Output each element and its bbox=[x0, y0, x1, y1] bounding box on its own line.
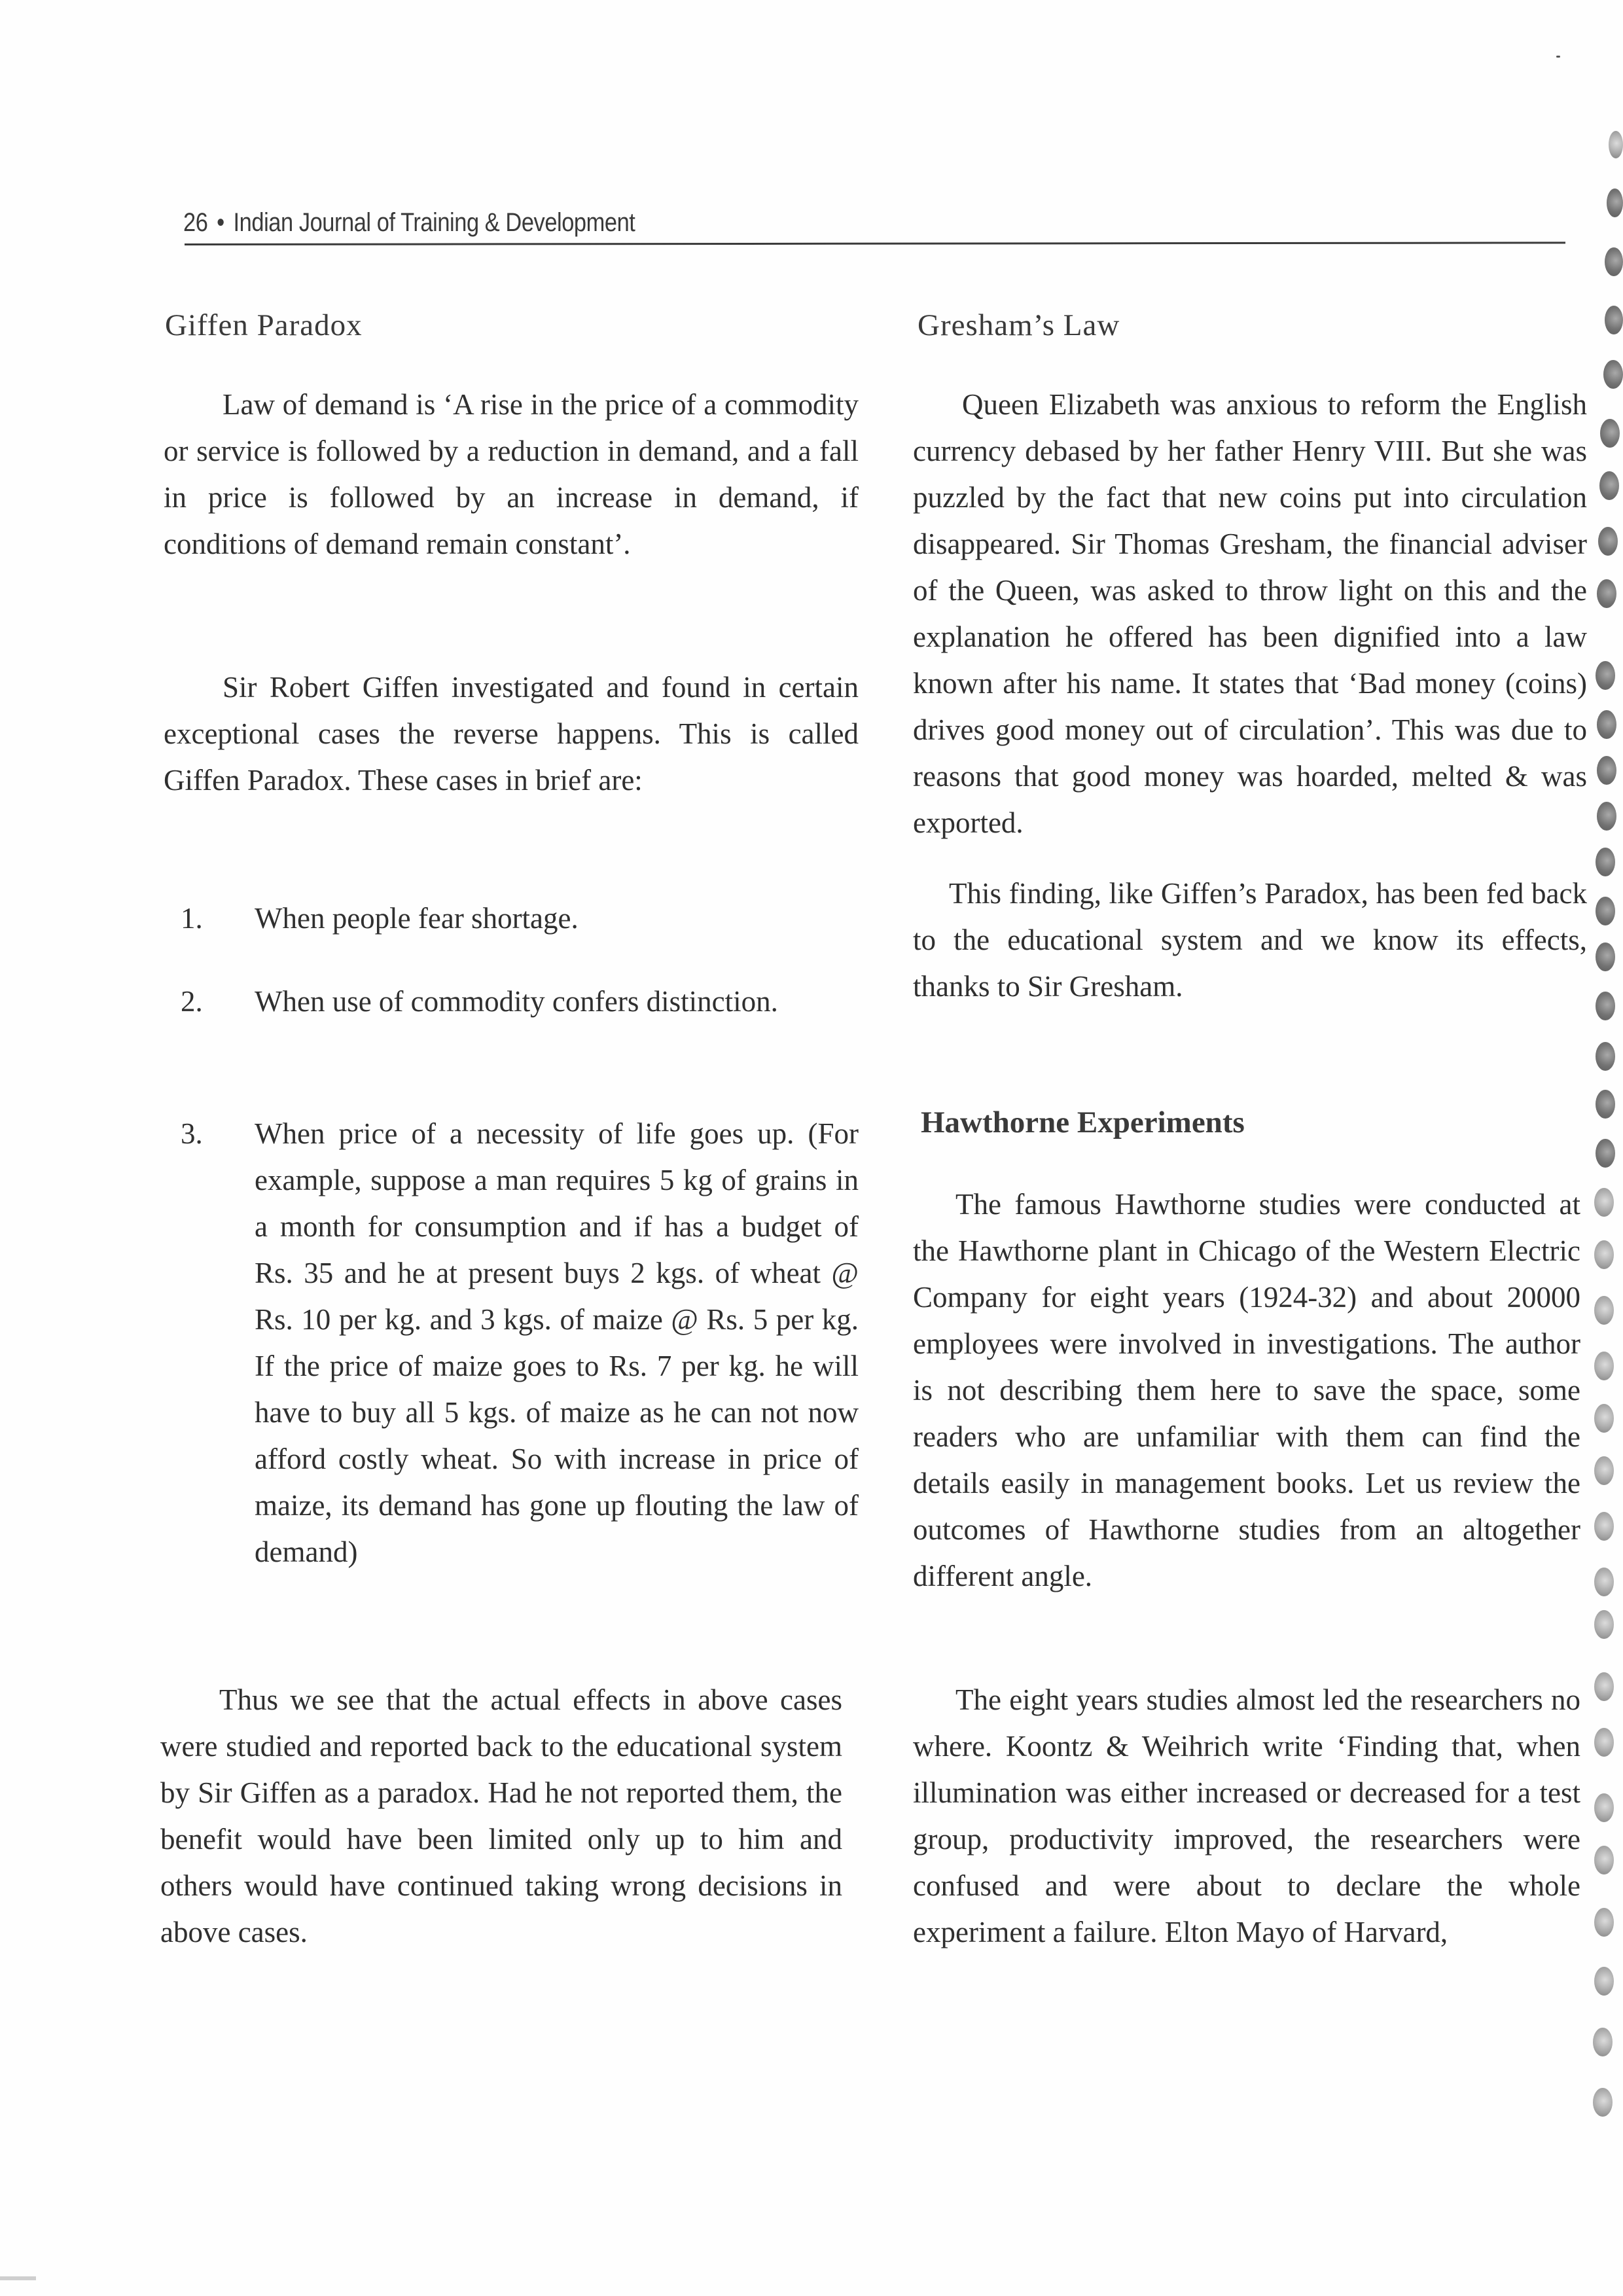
punch-hole-mark bbox=[1596, 848, 1615, 876]
punch-hole-mark bbox=[1597, 579, 1616, 608]
punch-hole-mark bbox=[1597, 802, 1616, 831]
list-text: When use of commodity confers distinctio… bbox=[255, 978, 859, 1025]
punch-hole-mark bbox=[1605, 247, 1623, 276]
paragraph-hawthorne-intro: The famous Hawthorne studies were conduc… bbox=[913, 1181, 1580, 1600]
scanned-page: 26•Indian Journal of Training & Developm… bbox=[0, 0, 1623, 2296]
punch-hole-mark bbox=[1594, 1610, 1614, 1639]
punch-hole-mark bbox=[1596, 897, 1615, 925]
punch-hole-mark bbox=[1597, 756, 1616, 785]
left-column: Giffen Paradox Law of demand is ‘A rise … bbox=[164, 0, 857, 2296]
punch-hole-mark bbox=[1594, 1240, 1614, 1269]
punch-hole-mark bbox=[1600, 419, 1620, 448]
punch-hole-mark bbox=[1594, 1512, 1614, 1541]
punch-hole-mark bbox=[1596, 992, 1615, 1020]
punch-hole-mark bbox=[1596, 661, 1615, 690]
punch-hole-mark bbox=[1594, 1352, 1614, 1380]
punch-hole-mark bbox=[1609, 131, 1623, 158]
paragraph-gresham-law: Queen Elizabeth was anxious to reform th… bbox=[913, 382, 1587, 846]
paragraph-hawthorne-outcomes: The eight years studies almost led the r… bbox=[913, 1677, 1580, 1956]
punch-hole-mark bbox=[1596, 1042, 1615, 1071]
punch-hole-mark bbox=[1594, 1404, 1614, 1433]
punch-hole-mark bbox=[1603, 360, 1623, 389]
punch-hole-mark bbox=[1594, 1456, 1614, 1485]
punch-hole-mark bbox=[1594, 1728, 1614, 1757]
punch-hole-mark bbox=[1596, 942, 1615, 971]
list-number: 1. bbox=[181, 895, 203, 942]
punch-hole-mark bbox=[1594, 1188, 1614, 1217]
punch-hole-mark bbox=[1596, 1090, 1615, 1119]
punch-hole-mark bbox=[1596, 1139, 1615, 1168]
list-text: When people fear shortage. bbox=[255, 895, 859, 942]
punch-hole-mark bbox=[1594, 1793, 1614, 1822]
punch-hole-mark bbox=[1594, 1908, 1614, 1937]
scan-edge-mark bbox=[0, 2276, 36, 2280]
punch-hole-mark bbox=[1594, 1568, 1614, 1596]
section-heading-giffen: Giffen Paradox bbox=[165, 302, 363, 349]
list-text: When price of a necessity of life goes u… bbox=[255, 1111, 859, 1575]
punch-hole-mark bbox=[1605, 306, 1623, 334]
punch-hole-mark bbox=[1593, 2028, 1613, 2056]
punch-hole-mark bbox=[1607, 188, 1623, 217]
punch-hole-mark bbox=[1599, 471, 1619, 500]
punch-hole-mark bbox=[1594, 1672, 1614, 1701]
paragraph-law-of-demand: Law of demand is ‘A rise in the price of… bbox=[164, 382, 859, 567]
punch-hole-mark bbox=[1594, 1846, 1614, 1874]
list-number: 3. bbox=[181, 1111, 203, 1157]
punch-hole-mark bbox=[1593, 2088, 1613, 2117]
paragraph-giffen-conclusion: Thus we see that the actual effects in a… bbox=[160, 1677, 842, 1956]
paragraph-giffen-intro: Sir Robert Giffen investigated and found… bbox=[164, 664, 859, 804]
section-heading-gresham: Gresham’s Law bbox=[918, 302, 1120, 349]
right-column: Gresham’s Law Queen Elizabeth was anxiou… bbox=[913, 0, 1587, 2296]
paragraph-gresham-feedback: This finding, like Giffen’s Paradox, has… bbox=[913, 870, 1587, 1010]
list-number: 2. bbox=[181, 978, 203, 1025]
section-heading-hawthorne: Hawthorne Experiments bbox=[921, 1100, 1245, 1146]
punch-hole-mark bbox=[1594, 1967, 1614, 1996]
punch-hole-mark bbox=[1597, 710, 1616, 739]
scan-speck bbox=[1556, 56, 1560, 58]
punch-hole-mark bbox=[1598, 527, 1618, 556]
punch-hole-mark bbox=[1594, 1296, 1614, 1325]
